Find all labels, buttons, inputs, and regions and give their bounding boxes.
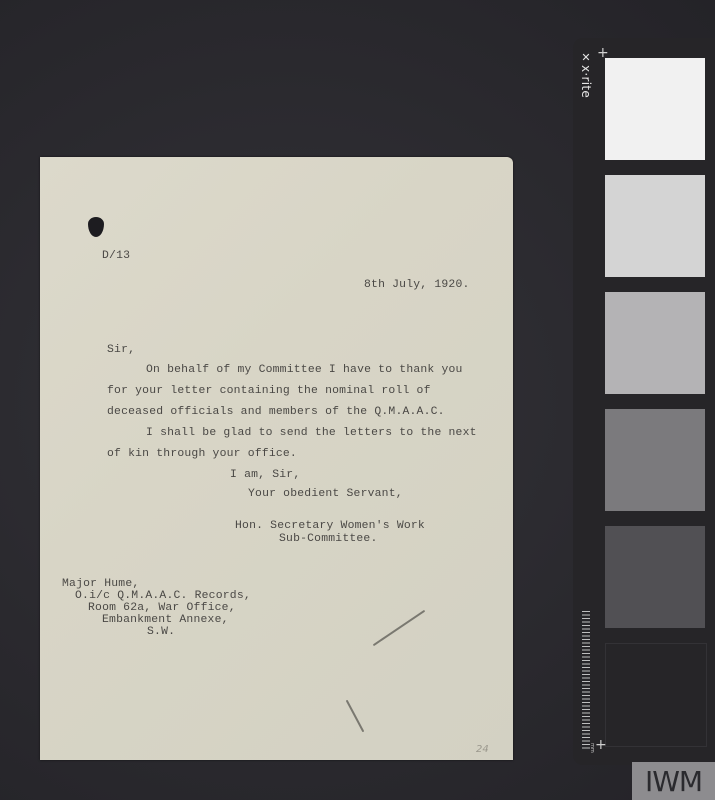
closing-line: I am, Sir, [230,470,300,481]
addressee-line: O.i/c Q.M.A.A.C. Records, [75,591,251,602]
color-patch-dark-gray [605,526,705,628]
addressee-line: S.W. [147,627,175,638]
body-line: deceased officials and members of the Q.… [107,407,445,418]
body-line: On behalf of my Committee I have to than… [146,365,463,376]
closing-line: Your obedient Servant, [248,489,403,500]
color-patch-black [605,643,707,747]
xrite-logo-icon: ✕ [581,52,590,63]
page-number: 24 [476,744,489,755]
iwm-watermark: IWM [632,762,715,800]
addressee-line: Embankment Annexe, [102,615,229,626]
signature-title: Hon. Secretary Women's Work [235,521,425,532]
crosshair-icon: + [595,738,607,752]
punch-hole [88,217,104,237]
pencil-mark [346,700,365,733]
pencil-mark [373,610,426,646]
addressee-line: Major Hume, [62,579,139,590]
letter-page: D/13 8th July, 1920. Sir, On behalf of m… [40,157,513,760]
color-patch-gray [605,292,705,394]
iwm-logo: IWM [645,765,702,798]
color-patch-light-gray [605,175,705,277]
brand-label: x·rite [579,65,593,98]
color-patch-mid-gray [605,409,705,511]
color-patch-white [605,58,705,160]
letter-date: 8th July, 1920. [364,280,470,291]
reference-number: D/13 [102,251,130,262]
body-line: I shall be glad to send the letters to t… [146,428,477,439]
addressee-line: Room 62a, War Office, [88,603,236,614]
salutation: Sir, [107,345,135,356]
body-line: of kin through your office. [107,449,297,460]
body-line: for your letter containing the nominal r… [107,386,431,397]
color-checker-strip: ✕ x·rite + mm + [573,38,715,765]
signature-subtitle: Sub-Committee. [279,534,378,545]
xrite-brand: ✕ x·rite [575,52,597,122]
ruler-scale [582,611,590,751]
